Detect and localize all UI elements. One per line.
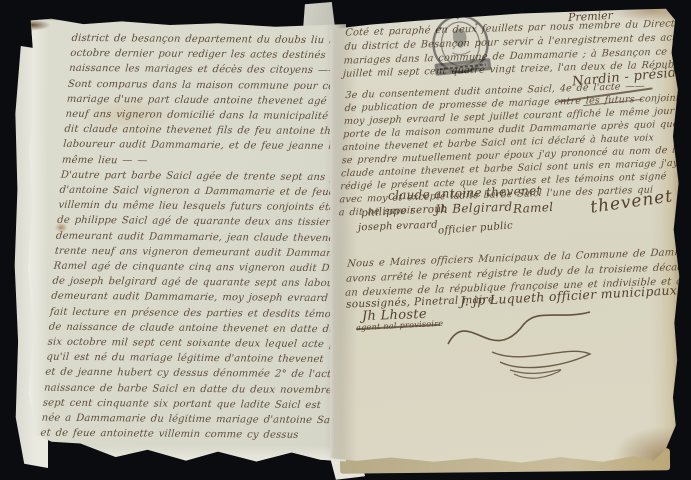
left-page-handwriting: district de besançon departement du doub… [40,31,364,444]
witness-signature: officier public [438,220,514,236]
archival-register-scan: district de besançon departement du doub… [0,0,691,480]
ink-stamp-icon [424,9,497,89]
witness-signature: joseph evraard [358,220,438,234]
right-page: Premier Coté et paraphé en deux feuillet… [328,6,680,472]
flourish-signature-icon [440,302,620,380]
witness-signature: Ramel [513,200,554,216]
handwriting-line: et de feue antoinette villemin comme cy … [40,426,333,444]
left-page: district de besançon departement du doub… [26,16,346,466]
witness-signature: Jh Belgirard [435,200,513,217]
